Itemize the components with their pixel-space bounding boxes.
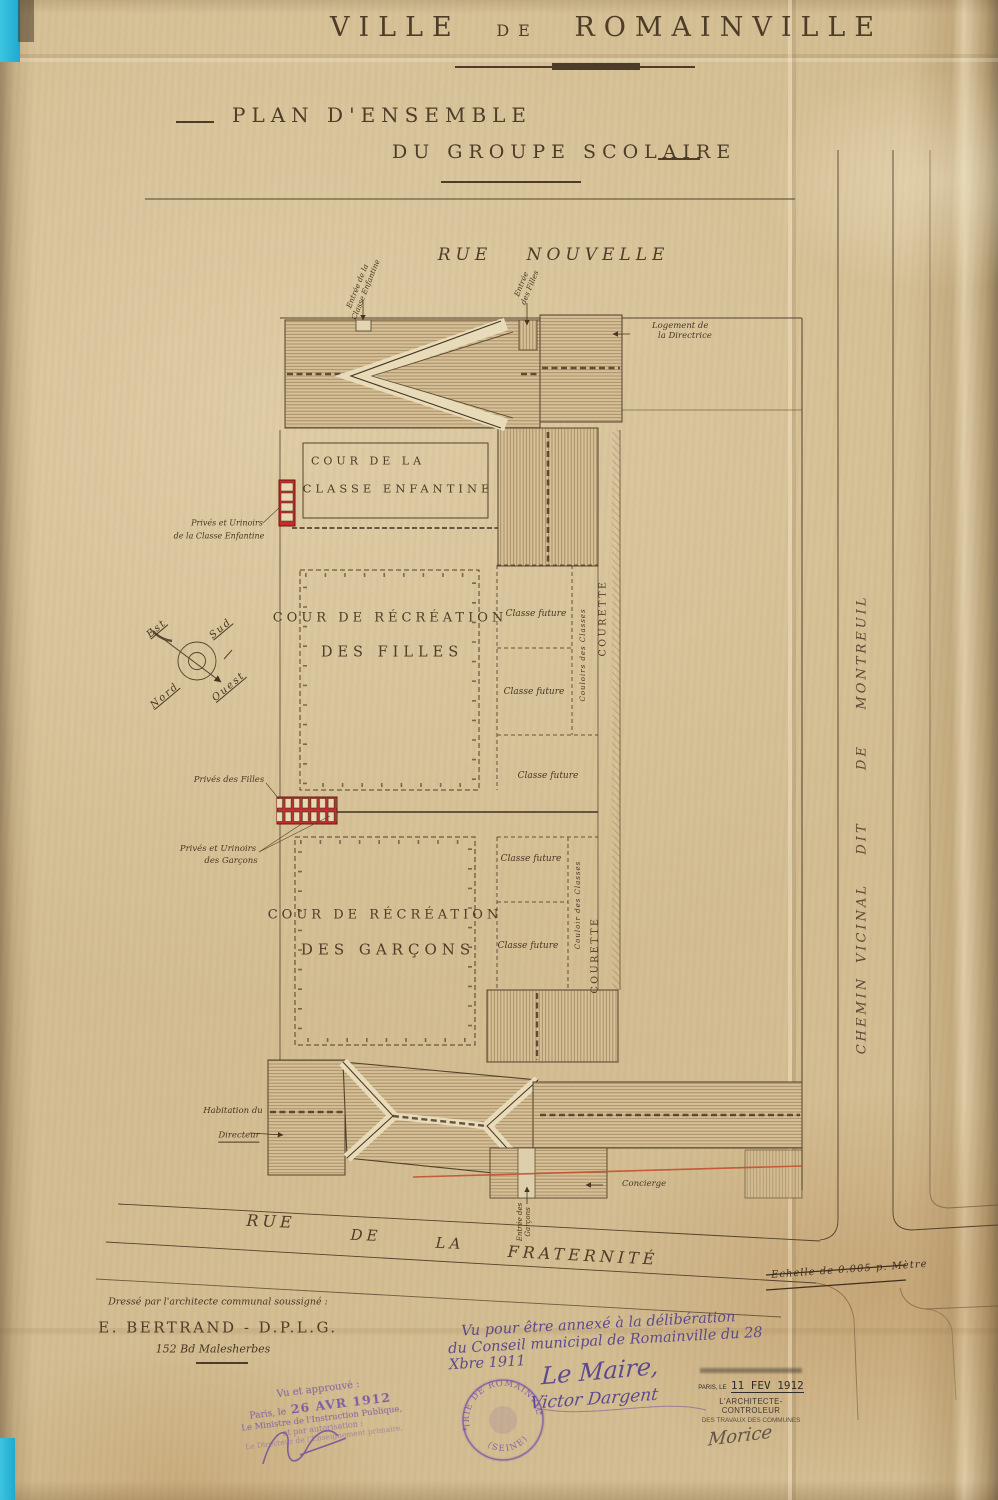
stamp-star-right: ✶ xyxy=(538,1408,546,1418)
future-class-label-2: Classe future xyxy=(504,687,565,697)
title-romainville: ROMAINVILLE xyxy=(574,12,883,43)
street-rue-nouvelle-word2: NOUVELLE xyxy=(527,246,670,266)
boys-privy-label-line2: des Garçons xyxy=(204,857,257,867)
street-chemin-word1: CHEMIN xyxy=(856,976,871,1055)
boys-courtyard-label-line2: DES GARÇONS xyxy=(301,941,475,958)
cyan-backdrop-top-left xyxy=(0,0,20,62)
boys-corridor-label: Couloir des Classes xyxy=(574,861,582,949)
concierge-label: Concierge xyxy=(622,1180,666,1190)
illegible-stamp-line xyxy=(700,1368,802,1373)
central-privies xyxy=(259,783,337,852)
subtitle-line2: DU GROUPE SCOLAIRE xyxy=(392,142,736,164)
infant-privy-label-line2: de la Classe Enfantine xyxy=(174,531,265,540)
architect-name: E. BERTRAND - D.P.L.G. xyxy=(98,1319,337,1336)
corner-shadow xyxy=(18,0,34,42)
directrice-lodging-label: Logement de la Directrice xyxy=(652,322,712,342)
architect-underline xyxy=(196,1362,248,1364)
girls-courtyard-label-line1: COUR DE RÉCRÉATION xyxy=(273,612,508,627)
cyan-backdrop-bottom-left xyxy=(0,1438,15,1500)
street-fraternite-word3: LA xyxy=(435,1235,465,1253)
mairie-round-stamp: MAIRIE DE ROMAINVILLE (SEINE) ✶ ✶ xyxy=(437,1354,570,1487)
street-chemin-word4: DE xyxy=(856,744,871,770)
title-de: DE xyxy=(496,21,539,40)
girls-courtyard-label-line2: DES FILLES xyxy=(321,645,463,662)
future-class-label-1: Classe future xyxy=(506,609,567,619)
street-chemin-word2: VICINAL xyxy=(856,883,871,963)
street-chemin-word5: MONTREUIL xyxy=(856,594,871,709)
street-chemin-word3: DIT xyxy=(856,821,871,854)
infant-privy-label-line1: Privés et Urinoirs xyxy=(191,518,263,527)
future-class-label-3: Classe future xyxy=(518,771,579,781)
girls-corridor-label: Couloirs des Classes xyxy=(579,608,587,701)
south-building xyxy=(268,990,802,1198)
subtitle-dash-left xyxy=(176,121,214,123)
future-class-label-5: Classe future xyxy=(498,941,559,951)
title-ville: VILLE xyxy=(330,12,461,43)
controller-stamp: PARIS, LE 11 FEV 1912 L'ARCHITECTE-CONTR… xyxy=(692,1368,810,1424)
girls-privy-label: Privés des Filles xyxy=(194,776,264,786)
subtitle-underline xyxy=(441,181,581,183)
entrance-boys-label: Entrée des Garçons xyxy=(516,1203,532,1242)
architect-address: 152 Bd Malesherbes xyxy=(156,1344,271,1357)
infant-courtyard-label-line1: COUR DE LA xyxy=(311,456,425,469)
girls-courette-label: COURETTE xyxy=(599,580,610,657)
street-fraternite-word2: DE xyxy=(350,1227,382,1246)
plan-sheet: VILLE DE ROMAINVILLE PLAN D'ENSEMBLE DU … xyxy=(0,0,998,1500)
subtitle-dash-right xyxy=(658,158,700,160)
director-house-label-line1: Habitation du xyxy=(203,1107,262,1117)
boys-courtyard-label-line1: COUR DE RÉCRÉATION xyxy=(268,909,503,924)
street-rue-nouvelle-word1: RUE xyxy=(438,246,493,266)
boys-courette-label: COURETTE xyxy=(591,917,602,994)
stamp-center-emblem xyxy=(486,1403,519,1436)
controller-stamp-date-line: PARIS, LE 11 FEV 1912 xyxy=(692,1376,810,1394)
architect-line1: Dressé par l'architecte communal soussig… xyxy=(108,1298,328,1309)
infant-courtyard-label-line2: CLASSE ENFANTINE xyxy=(303,482,494,495)
subtitle-line1: PLAN D'ENSEMBLE xyxy=(232,104,532,127)
street-fraternite-word1: RUE xyxy=(246,1212,296,1233)
title-underline-thick xyxy=(552,63,640,70)
future-class-label-4: Classe future xyxy=(501,854,562,864)
director-house-label-line2: Directeur xyxy=(218,1132,259,1143)
boys-privy-label-line1: Privés et Urinoirs xyxy=(180,845,256,855)
page-title: VILLE DE ROMAINVILLE xyxy=(330,12,883,43)
girls-courtyard xyxy=(300,565,598,790)
